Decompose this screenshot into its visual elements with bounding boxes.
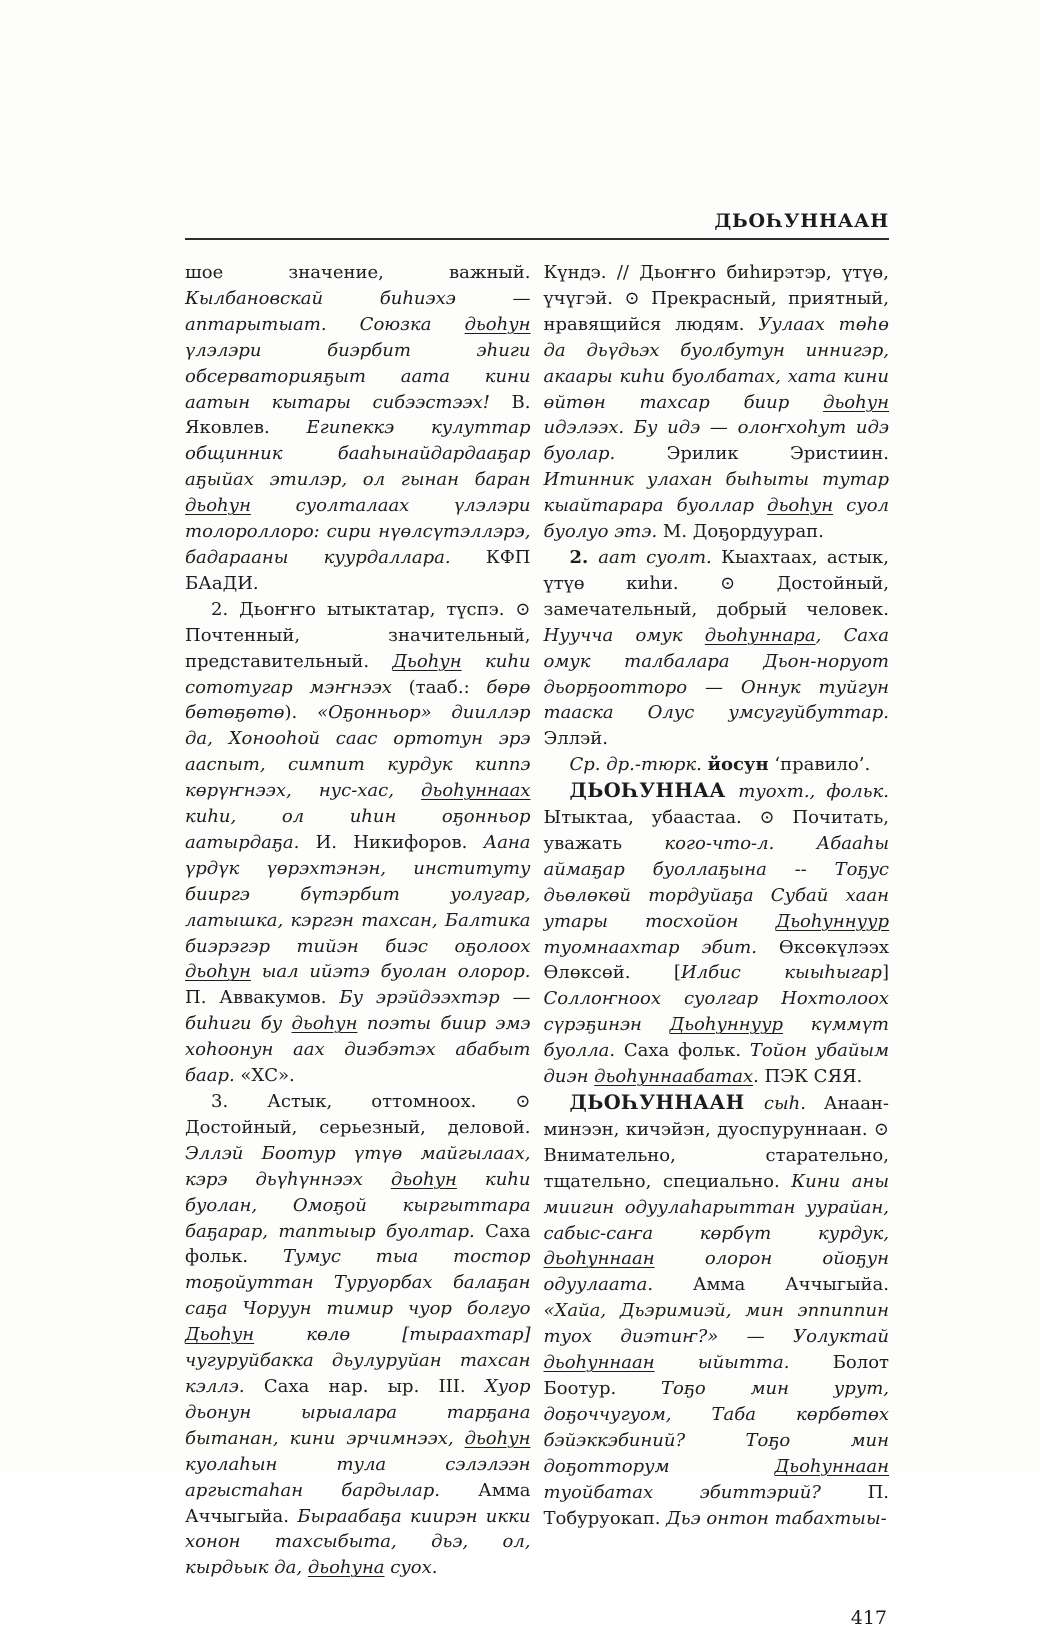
- page-header: ДЬОҺУННААН: [185, 210, 889, 240]
- text-run: дьоһуннаабатах: [594, 1066, 753, 1087]
- text-run: ‘правило’.: [769, 754, 871, 775]
- running-head-title: ДЬОҺУННААН: [185, 210, 889, 232]
- text-run: М. Доҕордуурап.: [663, 521, 824, 542]
- text-run: шое значение, важный.: [185, 262, 531, 283]
- sense-2: 2. Дьоҥҥо ытыктатар, түспэ. ⊙ Почтенный,…: [185, 597, 531, 1089]
- left-column: шое значение, важный. Кылбановскай биһиэ…: [185, 260, 531, 1581]
- text-run: Дьоһуннаан: [775, 1456, 889, 1477]
- text-run: Ср. др.-тюрк.: [570, 754, 708, 775]
- text-run: дьоһуна: [308, 1557, 385, 1578]
- text-run: дьоһун: [391, 1169, 457, 1190]
- page-number: 417: [185, 1607, 889, 1629]
- text-run: дьоһуннаан: [544, 1248, 655, 1269]
- text-columns: шое значение, важный. Кылбановскай биһиэ…: [185, 260, 889, 1581]
- text-run: ыйытта.: [655, 1352, 833, 1373]
- text-run: туохт., фольк.: [738, 781, 889, 802]
- headword: ДЬОҺУННААН: [570, 1091, 764, 1114]
- text-run: туомнаахтар эбит.: [544, 937, 779, 958]
- text-run: дьоһун: [465, 314, 531, 335]
- headword: ДЬОҺУННАА: [570, 779, 739, 802]
- right-column: Күндэ. // Дьоҥҥо биһирэтэр, үтүө, үчүгэй…: [544, 260, 890, 1581]
- text-run: ).: [285, 702, 318, 723]
- text-run: суох.: [385, 1557, 438, 1578]
- text-run: Саха фольк.: [624, 1040, 750, 1061]
- text-run: дьоһун: [465, 1428, 531, 1449]
- text-run: дьоһун: [292, 1013, 358, 1034]
- text-run: 3. Астык, оттомноох. ⊙ Достойный, серьез…: [185, 1091, 531, 1138]
- text-run: аат суолт.: [598, 547, 721, 568]
- sense-3-continuation: Күндэ. // Дьоҥҥо биһирэтэр, үтүө, үчүгэй…: [544, 260, 890, 545]
- text-run: 2.: [570, 547, 599, 568]
- text-run: дьоһуннаах: [421, 780, 530, 801]
- text-run: сыһ.: [764, 1093, 824, 1114]
- entry-djohunnaan: ДЬОҺУННААН сыһ. Анаан-минээн, кичэйэн, д…: [544, 1090, 890, 1531]
- text-run: дьоһуннара: [705, 625, 816, 646]
- page-content: ДЬОҺУННААН шое значение, важный. Кылбано…: [185, 210, 889, 1629]
- text-run: «ХС».: [240, 1065, 294, 1086]
- text-run: . ПЭК СЯЯ.: [753, 1066, 862, 1087]
- text-run: дьоһун: [823, 392, 889, 413]
- sense-3: 3. Астык, оттомноох. ⊙ Достойный, серьез…: [185, 1089, 531, 1581]
- text-run: Дьоһун: [392, 651, 461, 672]
- text-run: Дьоһуннуур: [670, 1014, 783, 1035]
- text-run: йосун: [708, 754, 769, 775]
- text-run: дьоһуннаан: [544, 1352, 655, 1373]
- page-footer: 417: [185, 1607, 889, 1629]
- text-run: Эрилик Эристиин.: [667, 443, 889, 464]
- text-run: Дьоһун: [185, 1324, 254, 1345]
- entry-djohunnaa: ДЬОҺУННАА туохт., фольк. Ытыктаа, убааст…: [544, 778, 890, 1090]
- header-rule: [185, 238, 889, 240]
- text-run: Нуучча омук: [544, 625, 705, 646]
- text-run: Саха нар. ыр. III.: [264, 1376, 485, 1397]
- text-run: (тааб.:: [409, 677, 487, 698]
- etymology-note: Ср. др.-тюрк. йосун ‘правило’.: [544, 752, 890, 778]
- text-run: Дьэ онтон табахтыы-: [666, 1508, 887, 1529]
- text-run: үлэлэри биэрбит эһиги обсерваторияҕыт аа…: [185, 340, 531, 413]
- text-run: П. Аввакумов.: [185, 987, 339, 1008]
- dictionary-page: ДЬОҺУННААН шое значение, важный. Кылбано…: [0, 0, 1040, 1473]
- text-run: Эллэй.: [544, 728, 608, 749]
- text-run: И. Никифоров.: [316, 832, 484, 853]
- sense-1-continuation: шое значение, важный. Кылбановскай биһиэ…: [185, 260, 531, 597]
- text-run: Илбис кыыһыгар: [681, 962, 882, 983]
- text-run: дьоһун: [185, 961, 251, 982]
- text-run: ыал ийэтэ буолан олорор.: [251, 961, 531, 982]
- text-run: ]: [882, 962, 889, 983]
- text-run: дьоһун: [185, 495, 251, 516]
- text-run: Амма Аччыгыйа.: [693, 1274, 889, 1295]
- text-run: «Хайа, Дьэримиэй, мин эппиппин туох диэт…: [544, 1300, 890, 1347]
- sense-2-noun: 2. аат суолт. Кыахтаах, астык, үтүө киһи…: [544, 545, 890, 752]
- text-run: туойбатах эбиттэрий?: [544, 1482, 868, 1503]
- text-run: Дьоһуннуур: [776, 911, 889, 932]
- text-run: дьоһун: [767, 495, 833, 516]
